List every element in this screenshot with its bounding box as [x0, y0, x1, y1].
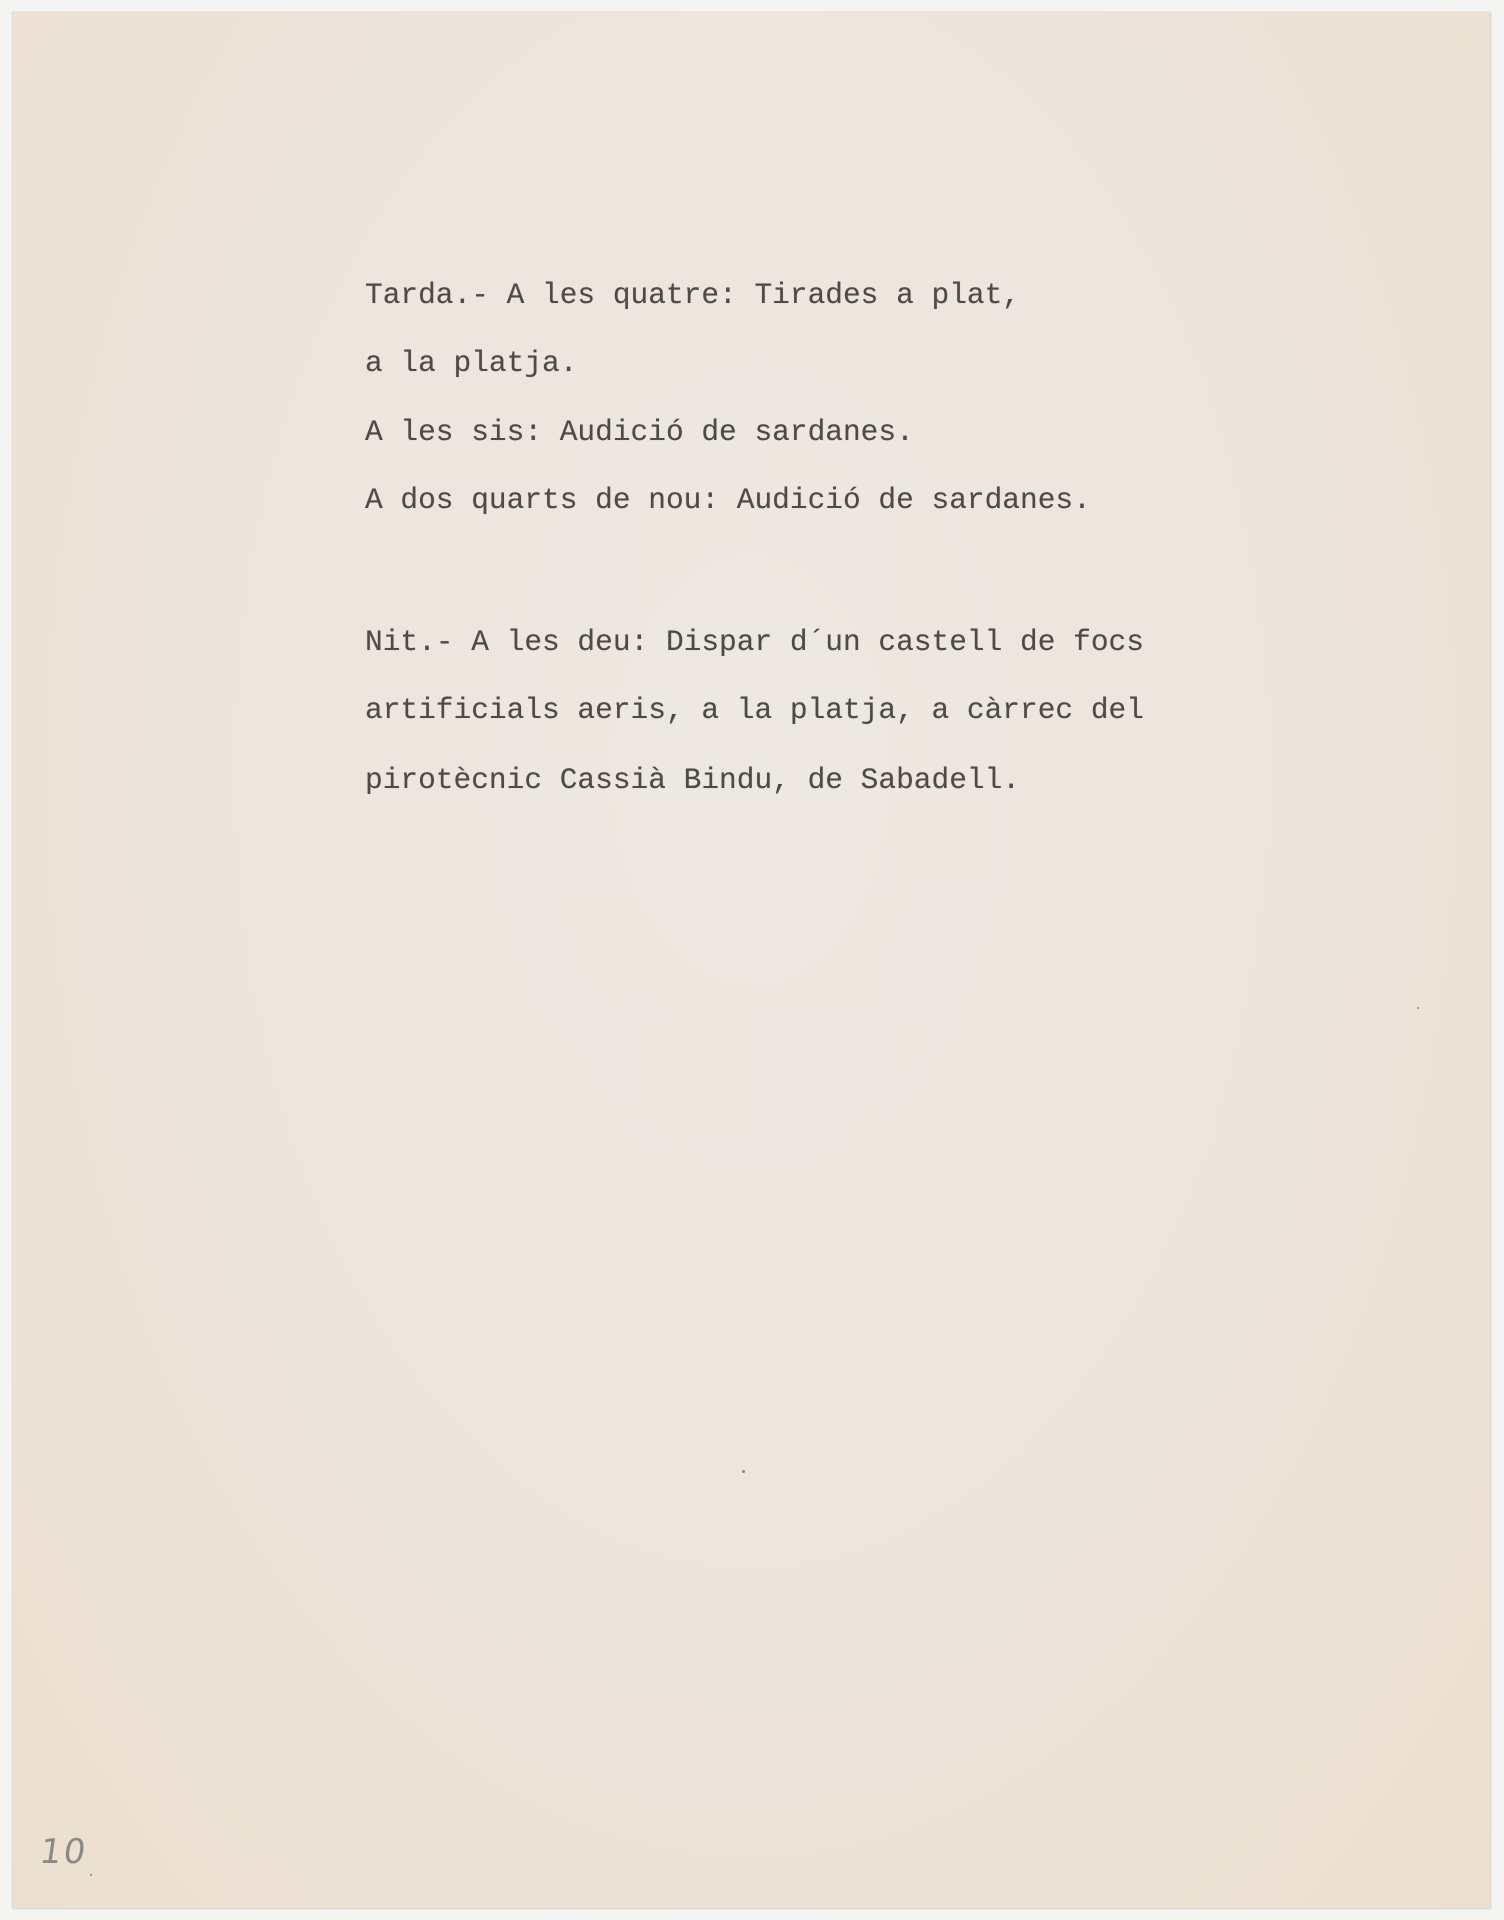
text-line-platja: a la platja. — [365, 349, 577, 379]
text-line-sis: A les sis: Audició de sardanes. — [365, 418, 914, 448]
handwritten-page-number: 10 — [37, 1832, 90, 1872]
text-line-tarda: Tarda.- A les quatre: Tirades a plat, — [365, 281, 1020, 311]
text-line-artificials: artificials aeris, a la platja, a càrrec… — [365, 696, 1144, 726]
typewritten-page: Tarda.- A les quatre: Tirades a plat, a … — [12, 12, 1490, 1908]
text-line-nou: A dos quarts de nou: Audició de sardanes… — [365, 486, 1091, 516]
text-line-nit: Nit.- A les deu: Dispar d´un castell de … — [365, 628, 1144, 658]
paper-speck — [1417, 1007, 1419, 1009]
paper-speck — [742, 1470, 745, 1473]
paper-speck — [90, 1874, 92, 1876]
text-line-pirotecnic: pirotècnic Cassià Bindu, de Sabadell. — [365, 766, 1020, 796]
